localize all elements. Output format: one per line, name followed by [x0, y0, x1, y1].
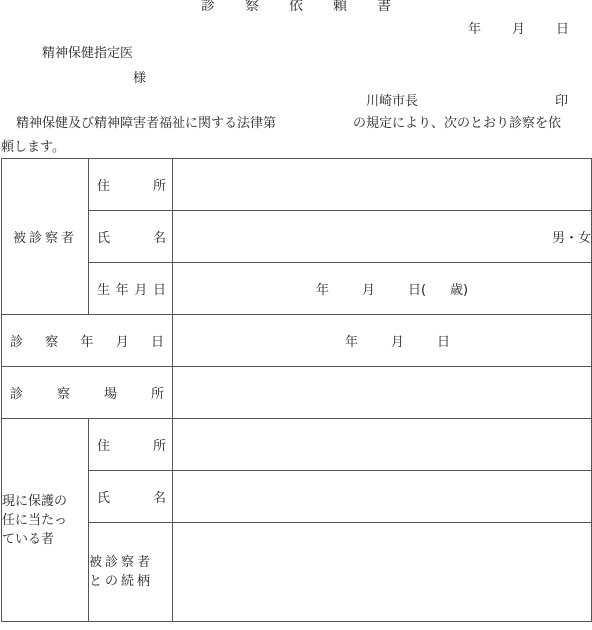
body-text-part1: 精神保健及び精神障害者福祉に関する法律第 [16, 116, 276, 132]
name-label: 氏名 [89, 471, 173, 523]
patient-address-row: 被診察者 住所 [2, 159, 592, 211]
exam-place-label: 診察場所 [2, 367, 173, 419]
title-char: 察 [245, 0, 259, 14]
guardian-group-label: 現に保護の任に当たっている者 [2, 419, 89, 622]
address-label: 住所 [89, 159, 173, 211]
guardian-address-row: 現に保護の任に当たっている者 住所 [2, 419, 592, 471]
guardian-name-row: 氏名 [2, 471, 592, 523]
seal-mark: 印 [555, 94, 568, 110]
issuer: 川崎市長 [366, 94, 418, 110]
honorific: 様 [133, 71, 146, 87]
exam-date-field[interactable]: 年月日 [173, 315, 592, 367]
birthdate-label: 生年月日 [89, 263, 173, 315]
patient-address-field[interactable] [173, 159, 592, 211]
patient-name-field[interactable]: 男・女 [173, 211, 592, 263]
address-label: 住所 [89, 419, 173, 471]
title-char: 書 [377, 0, 391, 14]
year-label: 年 [468, 22, 512, 38]
body-text-part2: の規定により、次のとおり診察を依 [353, 116, 561, 132]
exam-place-row: 診察場所 [2, 367, 592, 419]
relationship-field[interactable] [173, 523, 592, 622]
document-title: 診察依頼書 [0, 0, 592, 14]
guardian-name-field[interactable] [173, 471, 592, 523]
patient-birthdate-field[interactable]: 年月日(歳) [173, 263, 592, 315]
addressee: 精神保健指定医 [42, 46, 133, 62]
sex-choice[interactable]: 男・女 [552, 231, 591, 246]
patient-name-row: 氏名 男・女 [2, 211, 592, 263]
title-char: 頼 [333, 0, 347, 14]
patient-birthdate-row: 生年月日 年月日(歳) [2, 263, 592, 315]
day-label: 日 [556, 22, 569, 38]
exam-date-row: 診察年月日 年月日 [2, 315, 592, 367]
guardian-address-field[interactable] [173, 419, 592, 471]
guardian-relationship-row: 被診察者との続柄 [2, 523, 592, 622]
name-label: 氏名 [89, 211, 173, 263]
body-text-part3: 頼します。 [1, 140, 65, 156]
exam-date-label: 診察年月日 [2, 315, 173, 367]
patient-group-label: 被診察者 [2, 159, 89, 315]
title-char: 依 [289, 0, 303, 14]
exam-place-field[interactable] [173, 367, 592, 419]
title-char: 診 [201, 0, 215, 14]
issue-date: 年月日 [468, 22, 569, 38]
month-label: 月 [512, 22, 556, 38]
relationship-label: 被診察者との続柄 [89, 523, 173, 622]
request-form-table: 被診察者 住所 氏名 男・女 生年月日 年月日(歳) 診察年月日 年月日 診察場… [1, 158, 592, 622]
